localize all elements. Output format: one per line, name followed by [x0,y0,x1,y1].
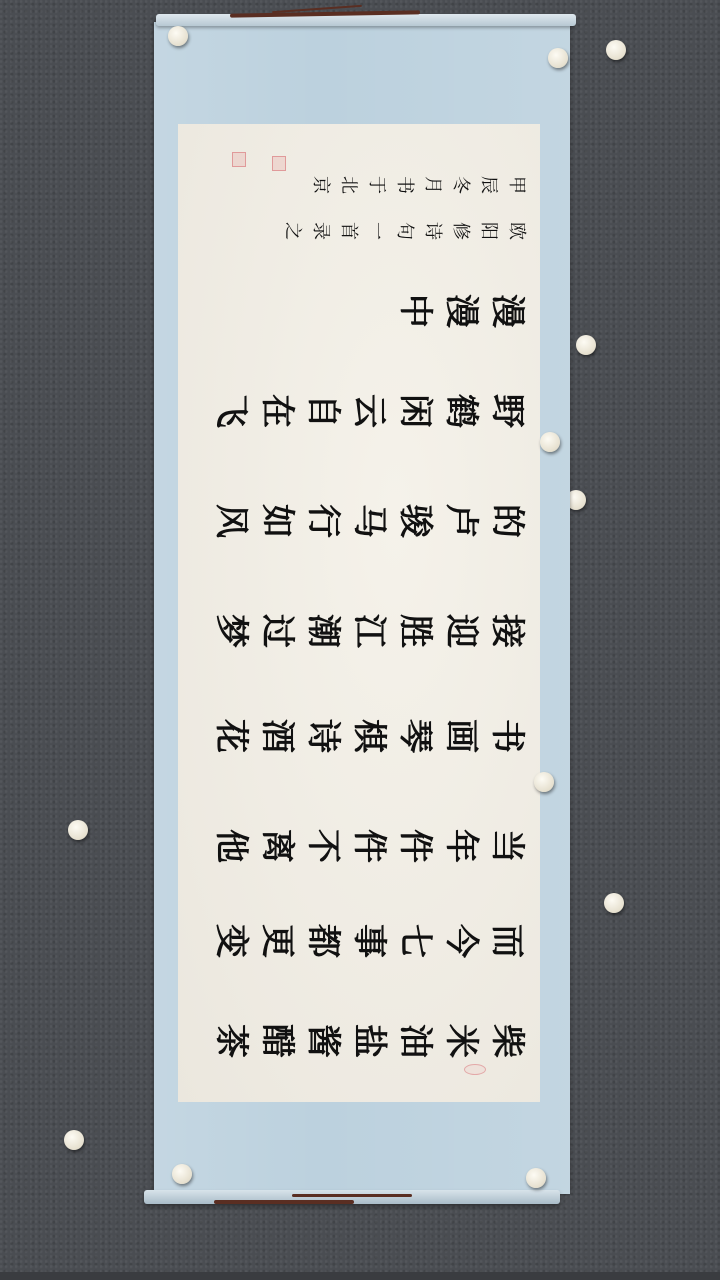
calligraphy-character: 于 [367,175,385,195]
calligraphy-character: 花 [214,717,248,755]
calligraphy-character: 胜 [398,612,432,650]
calligraphy-character: 的 [490,502,524,540]
carpet [0,1272,720,1280]
calligraphy-character: 骏 [398,502,432,540]
calligraphy-character: 迎 [444,612,478,650]
calligraphy-character: 一 [367,221,385,241]
calligraphy-character: 件 [352,827,386,865]
calligraphy-line: 接迎胜江潮过梦 [178,614,540,648]
stone-weight [172,1164,192,1184]
stone-weight [606,40,626,60]
stone-weight [576,335,596,355]
stone-weight [526,1168,546,1188]
calligraphy-character: 冬 [451,175,469,195]
stone-weight [168,26,188,46]
calligraphy-character: 马 [352,502,386,540]
calligraphy-line: 而今七事都更变 [178,924,540,958]
calligraphy-character: 漫 [490,292,524,330]
calligraphy-character: 酱 [306,1022,340,1060]
inscription-line: 欧阳修诗句一首录之 [178,222,540,240]
calligraphy-character: 中 [398,292,432,330]
calligraphy-character: 油 [398,1022,432,1060]
stone-weight [540,432,560,452]
calligraphy-character: 画 [444,717,478,755]
stone-weight [604,893,624,913]
calligraphy-character: 欧 [507,221,525,241]
calligraphy-character: 茶 [214,1022,248,1060]
calligraphy-character: 风 [214,502,248,540]
calligraphy-paper: 甲辰冬月书于北京 欧阳修诗句一首录之 漫漫中 野鹤闲云自在飞 的卢骏马行如风 接… [178,124,540,1102]
calligraphy-line: 书画琴棋诗酒花 [178,719,540,753]
calligraphy-character: 行 [306,502,340,540]
calligraphy-character: 而 [490,922,524,960]
calligraphy-character: 酒 [260,717,294,755]
calligraphy-line: 柴米油盐酱醋茶 [178,1024,540,1058]
calligraphy-character: 之 [283,221,301,241]
calligraphy-character: 云 [352,392,386,430]
calligraphy-character: 离 [260,827,294,865]
stone-weight [548,48,568,68]
calligraphy-character: 当 [490,827,524,865]
artist-seal [232,152,246,167]
calligraphy-character: 事 [352,922,386,960]
calligraphy-character: 漫 [444,292,478,330]
calligraphy-character: 变 [214,922,248,960]
calligraphy-character: 鹤 [444,392,478,430]
top-rod [156,14,576,26]
calligraphy-character: 句 [395,221,413,241]
calligraphy-line: 漫漫中 [178,294,540,328]
calligraphy-character: 首 [339,221,357,241]
calligraphy-character: 甲 [507,175,525,195]
calligraphy-character: 诗 [423,221,441,241]
calligraphy-character: 书 [490,717,524,755]
calligraphy-character: 飞 [214,392,248,430]
calligraphy-character: 醋 [260,1022,294,1060]
calligraphy-character: 米 [444,1022,478,1060]
artist-seal [272,156,286,171]
calligraphy-line: 野鹤闲云自在飞 [178,394,540,428]
calligraphy-character: 江 [352,612,386,650]
inscription-line: 甲辰冬月书于北京 [178,176,540,194]
calligraphy-character: 接 [490,612,524,650]
calligraphy-character: 盐 [352,1022,386,1060]
calligraphy-character: 琴 [398,717,432,755]
calligraphy-character: 过 [260,612,294,650]
hanging-cord [214,1200,354,1204]
calligraphy-character: 卢 [444,502,478,540]
calligraphy-character: 录 [311,221,329,241]
calligraphy-character: 野 [490,392,524,430]
calligraphy-character: 京 [311,175,329,195]
calligraphy-character: 件 [398,827,432,865]
stone-weight [68,820,88,840]
calligraphy-character: 在 [260,392,294,430]
calligraphy-character: 潮 [306,612,340,650]
calligraphy-character: 都 [306,922,340,960]
calligraphy-character: 阳 [479,221,497,241]
calligraphy-character: 书 [395,175,413,195]
stone-weight [534,772,554,792]
calligraphy-character: 修 [451,221,469,241]
stone-weight [64,1130,84,1150]
calligraphy-character: 月 [423,175,441,195]
calligraphy-character: 柴 [490,1022,524,1060]
calligraphy-character: 辰 [479,175,497,195]
calligraphy-character: 不 [306,827,340,865]
hanging-cord [292,1194,412,1197]
calligraphy-character: 北 [339,175,357,195]
calligraphy-character: 七 [398,922,432,960]
calligraphy-character: 今 [444,922,478,960]
calligraphy-line: 的卢骏马行如风 [178,504,540,538]
calligraphy-character: 梦 [214,612,248,650]
calligraphy-character: 年 [444,827,478,865]
calligraphy-character: 诗 [306,717,340,755]
calligraphy-scroll: 甲辰冬月书于北京 欧阳修诗句一首录之 漫漫中 野鹤闲云自在飞 的卢骏马行如风 接… [152,14,576,1204]
calligraphy-line: 当年件件不离他 [178,829,540,863]
calligraphy-character: 他 [214,827,248,865]
leisure-seal [464,1064,486,1075]
calligraphy-character: 棋 [352,717,386,755]
calligraphy-character: 更 [260,922,294,960]
calligraphy-character: 闲 [398,392,432,430]
calligraphy-character: 自 [306,392,340,430]
calligraphy-character: 如 [260,502,294,540]
